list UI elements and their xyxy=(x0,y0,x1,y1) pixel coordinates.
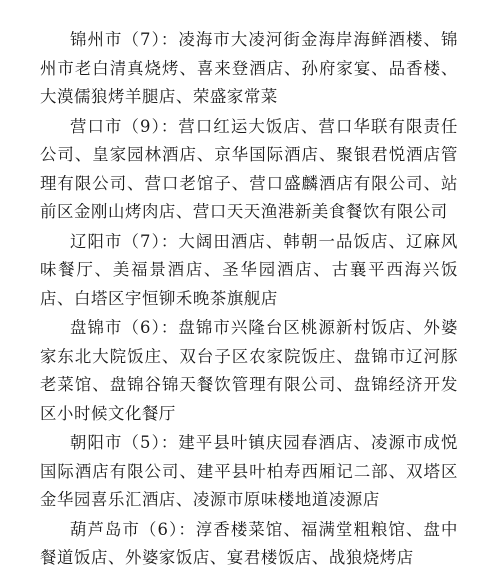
city-label: 营口市（9）： xyxy=(70,117,178,136)
city-label: 锦州市（7）： xyxy=(70,30,178,49)
city-label: 葫芦岛市（6）： xyxy=(70,520,196,539)
paragraph-jinzhou: 锦州市（7）：凌海市大凌河街金海岸海鲜酒楼、锦州市老白清真烧烤、喜来登酒店、孙府… xyxy=(40,26,458,112)
document-body: 锦州市（7）：凌海市大凌河街金海岸海鲜酒楼、锦州市老白清真烧烤、喜来登酒店、孙府… xyxy=(40,26,458,574)
paragraph-chaoyang: 朝阳市（5）：建平县叶镇庆园春酒店、凌源市成悦国际酒店有限公司、建平县叶柏寿西厢… xyxy=(40,429,458,515)
paragraph-liaoyang: 辽阳市（7）：大阔田酒店、韩朝一品饭店、辽麻风味餐厅、美福景酒店、圣华园酒店、古… xyxy=(40,228,458,314)
city-label: 盘锦市（6）： xyxy=(70,318,178,337)
city-label: 辽阳市（7）： xyxy=(70,232,178,251)
paragraph-panjin: 盘锦市（6）：盘锦市兴隆台区桃源新村饭店、外婆家东北大院饭庄、双台子区农家院饭庄… xyxy=(40,314,458,428)
city-label: 朝阳市（5）： xyxy=(70,433,178,452)
paragraph-huludao: 葫芦岛市（6）：淳香楼菜馆、福满堂粗粮馆、盘中餐道饭店、外婆家饭店、宴君楼饭店、… xyxy=(40,516,458,573)
paragraph-yingkou: 营口市（9）：营口红运大饭店、营口华联有限责任公司、皇家园林酒店、京华国际酒店、… xyxy=(40,113,458,227)
